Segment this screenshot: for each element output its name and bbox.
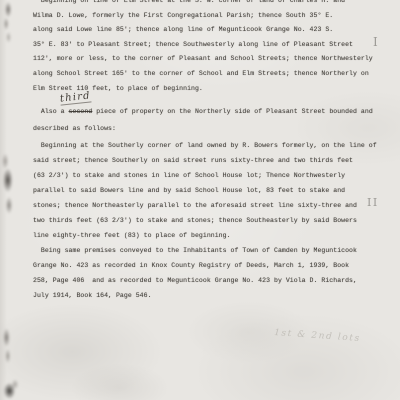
typed-line: Beginning on line of Elm Street at the S… xyxy=(33,0,373,9)
typed-line: Beginning at the Southerly corner of lan… xyxy=(33,138,377,153)
typed-line: parallel to said Bowers line and by said… xyxy=(33,183,377,198)
typed-line: Also a second piece of property on the N… xyxy=(33,104,373,121)
left-edge-shading xyxy=(0,0,7,400)
binding-smudge-lower xyxy=(0,320,13,370)
margin-numeral-one: I xyxy=(373,35,379,49)
typed-paragraph-conveyance-record: Being same premises conveyed to the Inha… xyxy=(33,243,357,303)
pencil-note-lots: 1st & 2nd lots xyxy=(274,328,361,344)
typed-line: 35° E. 83' to Pleasant Street; thence So… xyxy=(33,38,373,53)
typed-line: along said Lowe line 85'; thence along l… xyxy=(33,23,373,38)
typed-paragraph-metes-and-bounds: Beginning at the Southerly corner of lan… xyxy=(33,138,377,243)
typed-line: Grange No. 423 as recorded in Knox Count… xyxy=(33,258,357,273)
typed-line: said street; thence Southerly on said st… xyxy=(33,153,377,168)
typed-paragraph-first-parcel: Beginning on line of Elm Street at the S… xyxy=(33,0,373,96)
typed-line: along School Street 165' to the corner o… xyxy=(33,67,373,82)
bottom-left-corner-mark xyxy=(1,376,21,400)
paragraph2-suffix: piece of property on the Northerly side … xyxy=(92,108,373,115)
typed-line: July 1914, Book 164, Page 546. xyxy=(33,288,357,303)
scanned-deed-page: Beginning on line of Elm Street at the S… xyxy=(0,0,400,400)
typed-line: stones; thence Northeasterly parallel to… xyxy=(33,198,377,213)
typed-line: two thirds feet (63 2/3') to stake and s… xyxy=(33,213,377,228)
typed-line: 112', more or less, to the corner of Ple… xyxy=(33,52,373,67)
typed-line: line eighty-three feet (83) to place of … xyxy=(33,228,377,243)
typed-line: 258, Page 406 and as recorded to Megunti… xyxy=(33,273,357,288)
typed-line: (63 2/3') to stake and stones in line of… xyxy=(33,168,377,183)
struck-word-second: second xyxy=(69,108,93,115)
typed-line: Wilma D. Lowe, formerly the First Congre… xyxy=(33,9,373,24)
binding-smudge-top xyxy=(1,2,14,44)
paragraph2-prefix: Also a xyxy=(33,108,69,115)
paragraph2-line2: described as follows: xyxy=(33,121,373,138)
typed-paragraph-second-parcel-intro: Also a second piece of property on the N… xyxy=(33,104,373,137)
typed-line: Being same premises conveyed to the Inha… xyxy=(33,243,357,258)
binding-smudge-middle xyxy=(0,146,15,222)
margin-numeral-two: II xyxy=(367,196,379,209)
